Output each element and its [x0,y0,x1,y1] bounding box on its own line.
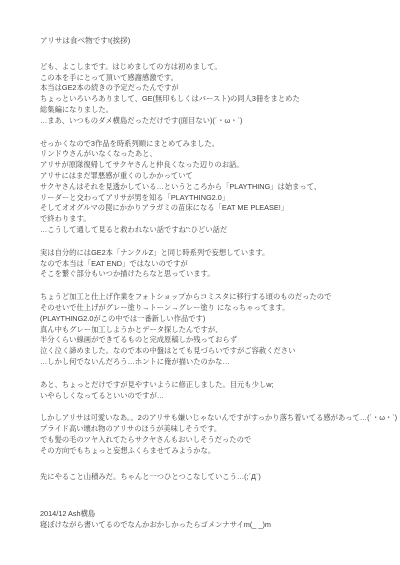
text-line: プライド高い壊れ物のアリサのほうが美味しそうです。 [40,424,386,435]
paragraph-corrections: あと、ちょっとだけですが見やすいように修正しました。目元も少しw; いやらしくな… [40,380,386,402]
text-line: ちょっといろいろありまして、GE(無印もしくはバースト)の同人3冊をまとめた [40,94,386,105]
text-line: その方向でもちょっと妄想ふくらませてみようかな。 [40,446,386,457]
text-line: せっかくなので3作品を時系列順にまとめてみました。 [40,139,386,150]
paragraph-alisa-thoughts: しかしアリサは可愛いなあ。。2のアリサも嫌いじゃないんですがすっかり落ち着いてる… [40,413,386,456]
paragraph-timeline: 実は自分的にはGE2本「ナンクルZ」と同じ時系列で妄想しています。 なので本当は… [40,248,386,280]
text-line: いやらしくなってるといいのですが… [40,391,386,402]
text-line: …こうして通して見ると救われない話ですね'':ひどい話だ [40,225,386,236]
text-line: でも髪の毛のツヤ入れてたらサクヤさんもおいしそうだったので [40,435,386,446]
text-line: この本を手にとって頂いて感謝感激です。 [40,73,386,84]
text-line: ちょうど加工と仕上げ作業をフォトショップからコミスタに移行する頃のものだったので [40,292,386,303]
text-line: そこを繋ぐ部分もいつか描けたらなと思っています。 [40,269,386,280]
page-title: アリサは食べ物です!(挨拶) [40,36,386,47]
paragraph-closing: 先にやること山積みだ。ちゃんと一つひとつこなしていこう…(;´Д`) [40,472,386,483]
text-line: リンドウさんがいなくなったあと、 [40,149,386,160]
text-line: で終わります。 [40,214,386,225]
text-line: ども、よこしまです。はじめましての方は初めまして。 [40,62,386,73]
text-line: 真ん中もグレー加工しようかとデータ探したんですが、 [40,325,386,336]
paragraph-intro: ども、よこしまです。はじめましての方は初めまして。 この本を手にとって頂いて感謝… [40,62,386,127]
paragraph-production-notes: ちょうど加工と仕上げ作業をフォトショップからコミスタに移行する頃のものだったので… [40,292,386,368]
text-line: 半分くらい線画ができてるものと完成原稿しか残っておらず [40,335,386,346]
text-line: リーダーと交わってアリサが男を知る「PLAYTHING2.0」 [40,193,386,204]
afterword-page: アリサは食べ物です!(挨拶) ども、よこしまです。はじめましての方は初めまして。… [0,0,400,565]
text-line: …まあ、いつものダメ横島だっただけです(面目ない)(´・ω・`) [40,116,386,127]
text-line: しかしアリサは可愛いなあ。。2のアリサも嫌いじゃないんですがすっかり落ち着いてる… [40,413,386,424]
paragraph-story-order: せっかくなので3作品を時系列順にまとめてみました。 リンドウさんがいなくなったあ… [40,139,386,236]
text-line: そのせいで仕上げがグレー塗り→トーン→グレー塗り になっちゃってます。 [40,303,386,314]
text-line: あと、ちょっとだけですが見やすいように修正しました。目元も少しw; [40,380,386,391]
text-line: 泣く泣く諦めました。なので本の中盤はとても見づらいですがご容赦ください [40,346,386,357]
text-line: 本当はGE2本の続きの予定だったんですが [40,83,386,94]
text-line: なので本当は「EAT END」ではないのですが [40,259,386,270]
text-line: そしてオオグルマの罠にかかりアラガミの苗床になる「EAT ME PLEASE!」 [40,203,386,214]
text-line: アリサにはまだ罪悪感が重くのしかかっていて [40,171,386,182]
text-line: 実は自分的にはGE2本「ナンクルZ」と同じ時系列で妄想しています。 [40,248,386,259]
text-line: サクヤさんはそれを見透かしている…というところから「PLAYTHING」は始まっ… [40,182,386,193]
signature-note: 寝ぼけながら書いてるのでなんかおかしかったらゴメンナサイm(_ _)m [40,520,386,531]
text-line: …しかし何でないんだろう…ホントに俺が描いたのかな… [40,357,386,368]
signature-block: 2014/12 Ash横島 寝ぼけながら書いてるのでなんかおかしかったらゴメンナ… [40,509,386,531]
text-line: アリサが原隊復帰してサクヤさんと仲良くなった辺りのお話。 [40,160,386,171]
signature-credit: 2014/12 Ash横島 [40,509,386,520]
text-line: 総集編になりました。 [40,105,386,116]
text-line: 先にやること山積みだ。ちゃんと一つひとつこなしていこう…(;´Д`) [40,472,386,483]
text-line: (PLAYTHING2.0がこの中では一番新しい作品です) [40,314,386,325]
